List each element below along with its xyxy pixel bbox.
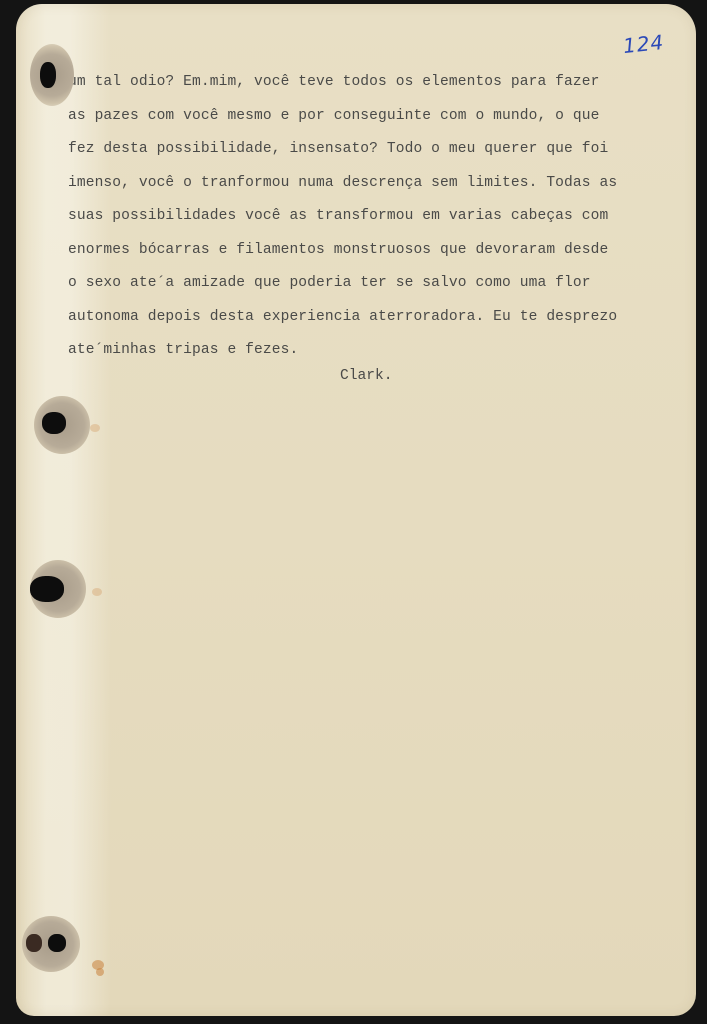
text-line: enormes bócarras e filamentos monstruoso… [68,234,698,268]
punch-hole [30,560,86,618]
text-line: fez desta possibilidade, insensato? Todo… [68,133,698,167]
punch-hole [22,916,80,972]
rust-stain [96,968,104,976]
handwritten-page-number: 124 [622,30,665,58]
text-line: suas possibilidades você as transformou … [68,200,698,234]
signature: Clark. [340,368,393,384]
text-line: o sexo ate´a amizade que poderia ter se … [68,267,698,301]
text-line: as pazes com você mesmo e por conseguint… [68,100,698,134]
letter-body: um tal odio? Em.mim, você teve todos os … [68,66,698,368]
punch-hole [34,396,90,454]
text-line: um tal odio? Em.mim, você teve todos os … [68,66,698,100]
punch-hole [30,44,74,106]
rust-stain [92,588,102,596]
typewritten-page: 124 um tal odio? Em.mim, você teve todos… [16,4,696,1016]
text-line: ate´minhas tripas e fezes. [68,334,698,368]
text-line: autonoma depois desta experiencia aterro… [68,301,698,335]
rust-stain [90,424,100,432]
text-line: imenso, você o tranformou numa descrença… [68,167,698,201]
